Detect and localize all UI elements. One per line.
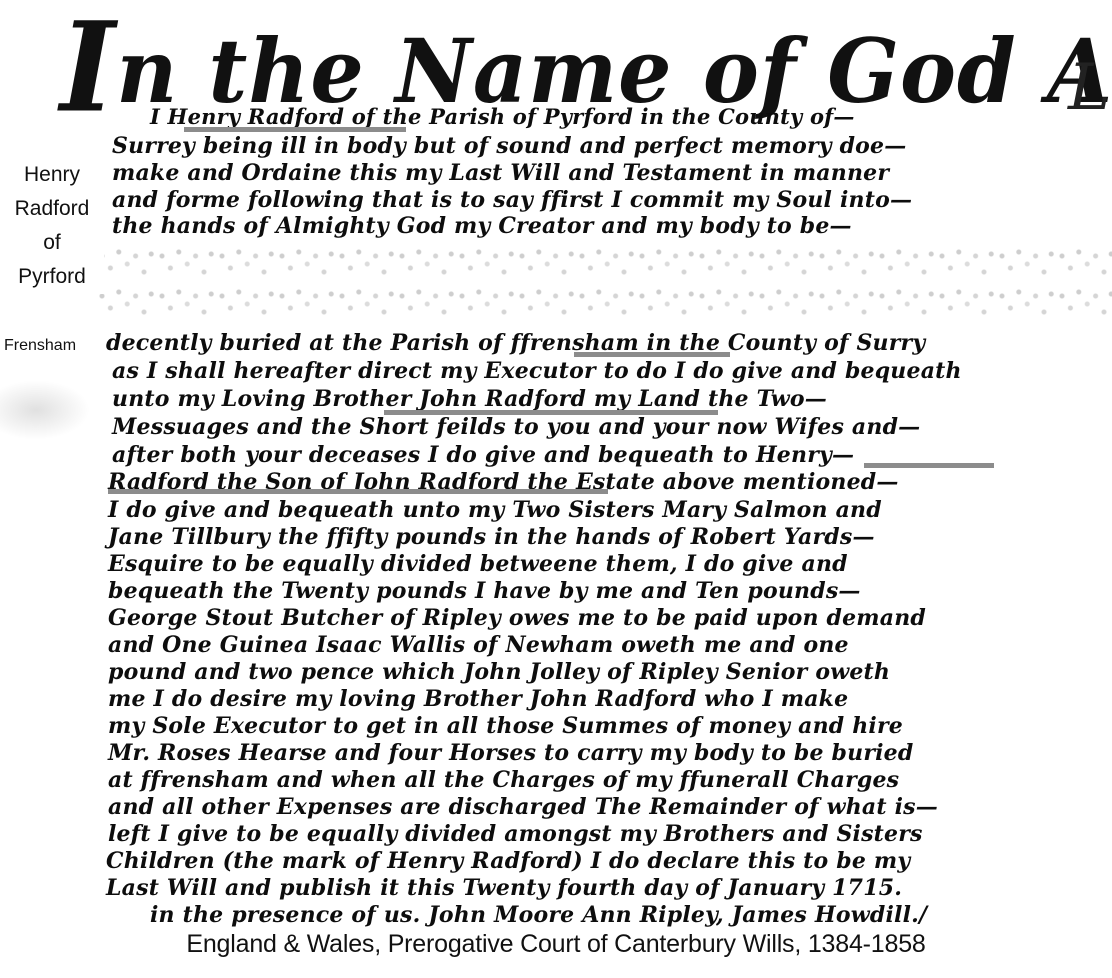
will-line: bequeath the Twenty pounds I have by me … — [108, 578, 861, 604]
will-line: as I shall hereafter direct my Executor … — [112, 358, 962, 384]
will-document-page: In the Name of God Amen L I Henry Radfor… — [0, 0, 1112, 978]
underline-henry — [864, 463, 994, 468]
will-line: Surrey being ill in body but of sound an… — [112, 133, 906, 159]
margin-glyph: L — [1068, 56, 1111, 120]
will-line: decently buried at the Parish of ffrensh… — [106, 330, 925, 356]
will-line: Mr. Roses Hearse and four Horses to carr… — [108, 740, 913, 766]
burial-place-label: Frensham — [4, 336, 76, 356]
paper-smudge — [0, 380, 90, 440]
testator-label-line: Pyrford — [0, 260, 104, 294]
will-line: left I give to be equally divided amongs… — [108, 821, 923, 847]
will-line: Children (the mark of Henry Radford) I d… — [106, 848, 910, 874]
will-line: and all other Expenses are discharged Th… — [108, 794, 938, 820]
will-line: Esquire to be equally divided betweene t… — [108, 551, 848, 577]
will-line: I do give and bequeath unto my Two Siste… — [108, 497, 882, 523]
testator-label-line: Henry — [0, 158, 104, 192]
damaged-paper-band — [96, 244, 1112, 322]
heading-initial: I — [60, 8, 116, 126]
will-line: the hands of Almighty God my Creator and… — [112, 213, 852, 239]
source-caption: England & Wales, Prerogative Court of Ca… — [0, 930, 1112, 959]
underline-brother-john-radford — [384, 410, 718, 415]
underline-henry-radford — [184, 127, 406, 132]
will-line: Messuages and the Short feilds to you an… — [112, 414, 920, 440]
will-line: and One Guinea Isaac Wallis of Newham ow… — [108, 632, 849, 658]
underline-frensham — [574, 352, 730, 357]
will-line: pound and two pence which John Jolley of… — [108, 659, 890, 685]
will-line: in the presence of us. John Moore Ann Ri… — [150, 902, 927, 928]
will-line: I Henry Radford of the Parish of Pyrford… — [150, 104, 855, 129]
testator-label-line: Radford — [0, 192, 104, 226]
will-line: and forme following that is to say ffirs… — [112, 187, 912, 213]
will-line: after both your deceases I do give and b… — [112, 442, 854, 468]
will-line: me I do desire my loving Brother John Ra… — [108, 686, 848, 712]
will-line: make and Ordaine this my Last Will and T… — [112, 160, 889, 186]
will-line: at ffrensham and when all the Charges of… — [108, 767, 899, 793]
testator-label: Henry Radford of Pyrford — [0, 158, 104, 294]
underline-son-of-john-radford — [108, 489, 608, 494]
will-line: my Sole Executor to get in all those Sum… — [108, 713, 903, 739]
will-line: Last Will and publish it this Twenty fou… — [106, 875, 902, 901]
will-line: unto my Loving Brother John Radford my L… — [112, 386, 827, 412]
testator-label-line: of — [0, 226, 104, 260]
will-line: Jane Tillbury the ffifty pounds in the h… — [108, 524, 875, 550]
will-line: George Stout Butcher of Ripley owes me t… — [108, 605, 926, 631]
